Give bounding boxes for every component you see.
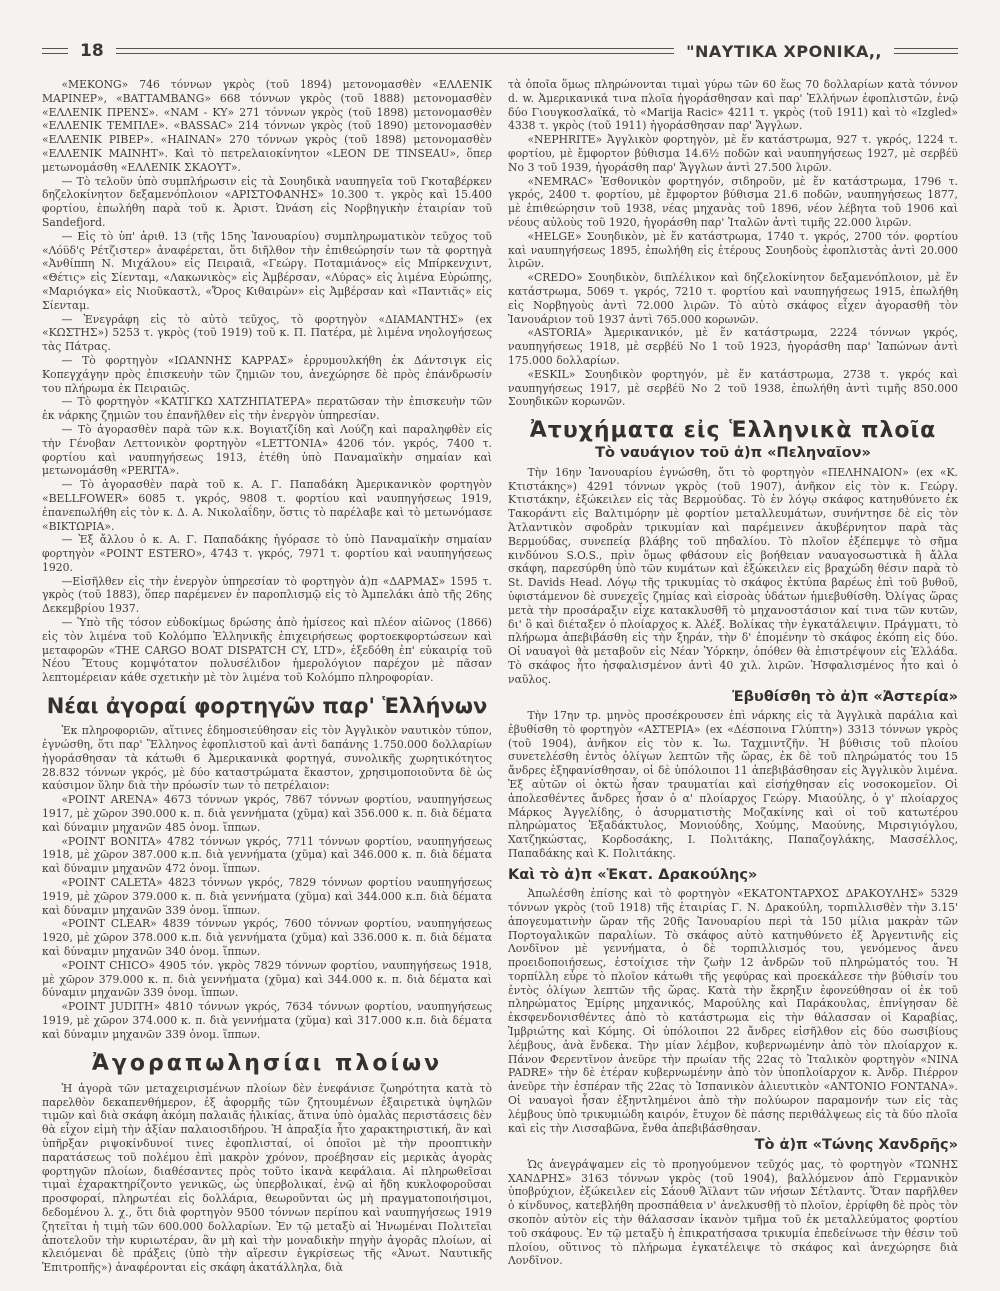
paragraph: «POINT CALETA» 4823 τόννων γκρός, 7829 τ… <box>42 876 492 917</box>
paragraph: — Τὸ φορτηγὸν «ΚΑΤΙΓΚΩ ΧΑΤΖΗΠΑΤΕΡΑ» περα… <box>42 395 492 423</box>
paragraph: — Τὸ τελοῦν ὑπὸ συμπλήρωσιν εἰς τὰ Σουηδ… <box>42 175 492 230</box>
subheading-asteria-sunk: Ἐβυθίσθη τὸ ἀ)π «Ἀστερία» <box>508 689 958 706</box>
page-number: 18 <box>80 41 104 61</box>
paragraph: «POINT CLEAR» 4839 τόννων γκρός, 7600 τό… <box>42 917 492 958</box>
paragraph: «POINT JUDITH» 4810 τόννων γκρός, 7634 τ… <box>42 1000 492 1041</box>
paragraph: «CREDO» Σουηδικὸν, διπλέλικον καὶ δηζελο… <box>508 271 958 326</box>
subheading-drakoulis: Καὶ τὸ ἀ)π «Ἑκατ. Δρακούλης» <box>508 867 958 884</box>
paragraph: τὰ ὁποῖα ὅμως πληρώνονται τιμαὶ γύρω τῶν… <box>508 78 958 133</box>
column-right: τὰ ὁποῖα ὅμως πληρώνονται τιμαὶ γύρω τῶν… <box>508 78 958 1275</box>
paragraph: — Ἐξ ἄλλου ὁ κ. Α. Γ. Παπαδάκης ἠγόρασε … <box>42 533 492 574</box>
paragraph: «ESKIL» Σουηδικὸν φορτηγόν, μὲ ἕν κατάστ… <box>508 368 958 409</box>
paragraph: — Ὑπὸ τῆς τόσον εὐδοκίμως δρώσης ἀπὸ ἡμί… <box>42 616 492 685</box>
paragraph: —Εἰσῆλθεν εἰς τὴν ἐνεργὸν ὑπηρεσίαν τὸ φ… <box>42 575 492 616</box>
decorative-rule-middle <box>116 48 674 54</box>
paragraph: «HELGE» Σουηδικὸν, μὲ ἕν κατάστρωμα, 174… <box>508 230 958 271</box>
paragraph: «NEMRAC» Ἐσθονικὸν φορτηγόν, σιδηροῦν, μ… <box>508 175 958 230</box>
paragraph: Ἡ ἀγορὰ τῶν μεταχειρισμένων πλοίων δὲν ἐ… <box>42 1082 492 1275</box>
paragraph: «NEPHRITE» Ἀγγλικὸν φορτηγὸν, μὲ ἕν κατά… <box>508 133 958 174</box>
paragraph: Τὴν 16ην Ἰανουαρίου ἐγνώσθη, ὅτι τὸ φορτ… <box>508 466 958 687</box>
paragraph: Ἐκ πληροφοριῶν, αἵτινες ἐδημοσιεύθησαν ε… <box>42 724 492 793</box>
paragraph: — Εἰς τὸ ὑπ' ἀριθ. 13 (τῆς 15ης Ἰανουαρί… <box>42 230 492 313</box>
paragraph: «MEKONG» 746 τόννων γκρὸς (τοῦ 1894) μετ… <box>42 78 492 175</box>
decorative-rule-right <box>894 48 958 54</box>
subheading-chandris: Τὸ ἀ)π «Τώνης Χανδρῆς» <box>508 1137 958 1154</box>
paragraph: Τὴν 17ην τρ. μηνὸς προσέκρουσεν ἐπὶ νάρκ… <box>508 709 958 861</box>
paragraph: «POINT CHICO» 4905 τόν. γκρὸς 7829 τόννω… <box>42 959 492 1000</box>
paragraph: — Τὸ φορτηγὸν «ΙΩΑΝΝΗΣ ΚΑΡΡΑΣ» ἐρρυμουλκ… <box>42 354 492 395</box>
masthead-title: "ΝΑΥΤΙΚΑ ΧΡΟΝΙΚΑ,, <box>686 42 882 61</box>
paragraph: Ὡς ἀνεγράψαμεν εἰς τὸ προηγούμενον τεῦχό… <box>508 1158 958 1268</box>
page-header: 18 "ΝΑΥΤΙΚΑ ΧΡΟΝΙΚΑ,, <box>42 38 958 64</box>
paragraph: «POINT BONITA» 4782 τόννων γκρός, 7711 τ… <box>42 835 492 876</box>
paragraph: «POINT ARENA» 4673 τόννων γκρός, 7867 τό… <box>42 793 492 834</box>
two-column-layout: «MEKONG» 746 τόννων γκρὸς (τοῦ 1894) μετ… <box>42 78 958 1275</box>
paragraph: — Ἐνεγράφη εἰς τὸ αὐτὸ τεῦχος, τὸ φορτηγ… <box>42 313 492 354</box>
section-heading-ship-sales: Ἀγοραπωλησίαι πλοίων <box>42 1051 492 1076</box>
decorative-rule-left <box>42 48 68 54</box>
column-left: «MEKONG» 746 τόννων γκρὸς (τοῦ 1894) μετ… <box>42 78 492 1275</box>
section-heading-new-purchases: Νέαι ἀγοραί φορτηγῶν παρ' Ἑλλήνων <box>42 694 492 718</box>
paragraph: — Τὸ ἀγορασθὲν παρὰ τοῦ κ. Α. Γ. Παπαδάκ… <box>42 478 492 533</box>
subheading-pelinaion-wreck: Τὸ ναυάγιον τοῦ ἀ)π «Πεληναῖον» <box>508 445 958 462</box>
paragraph: — Τὸ ἀγορασθὲν παρὰ τῶν κ.κ. Βογιατζίδη … <box>42 423 492 478</box>
magazine-page: 18 "ΝΑΥΤΙΚΑ ΧΡΟΝΙΚΑ,, «MEKONG» 746 τόννω… <box>0 0 1000 1291</box>
section-heading-accidents: Ἀτυχήματα εἰς Ἑλληνικὰ πλοῖα <box>508 418 958 443</box>
paragraph: Ἀπωλέσθη ἐπίσης καὶ τὸ φορτηγὸν «ΕΚΑΤΟΝΤ… <box>508 887 958 1135</box>
paragraph: «ASTORIA» Ἀμερικανικόν, μὲ ἕν κατάστρωμα… <box>508 326 958 367</box>
